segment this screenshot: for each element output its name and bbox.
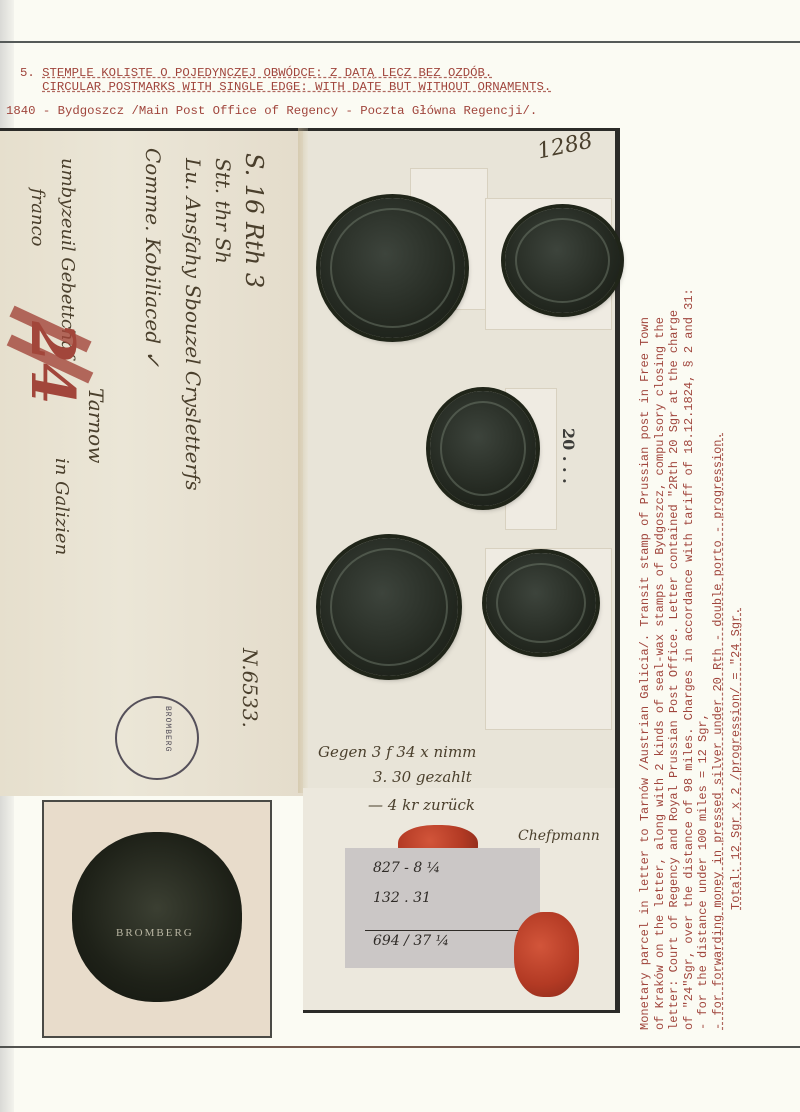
ledger-number: N.6533. bbox=[238, 648, 262, 728]
section-number: 5. bbox=[20, 66, 35, 80]
description-line: - for the distance under 100 miles = 12 … bbox=[696, 713, 710, 1030]
section-heading: 5. STEMPLE KOLISTE O POJEDYNCZEJ OBWÓDCE… bbox=[20, 66, 551, 94]
letter-fold bbox=[298, 128, 308, 793]
subtitle: 1840 - Bydgoszcz /Main Post Office of Re… bbox=[6, 104, 537, 118]
wax-seal-court bbox=[320, 538, 458, 676]
total-line: Total: 12 Sgr x 2 /progression/ = "24 Sg… bbox=[729, 70, 744, 1030]
note-line: — 4 kr zurück bbox=[368, 796, 475, 814]
handwriting-line: Comme. Kobiliaced ✓ bbox=[141, 148, 165, 367]
description-line: of "24"Sgr, over the distance of 98 mile… bbox=[682, 288, 696, 1030]
description-line: - for forwarding money in pressed silver… bbox=[711, 432, 725, 1030]
handwriting-line: Tarnow bbox=[84, 388, 108, 463]
title-english: CIRCULAR POSTMARKS WITH SINGLE EDGE: WIT… bbox=[42, 80, 551, 94]
description-line: Monetary parcel in letter to Tarnów /Aus… bbox=[638, 317, 652, 1030]
seal-detail-inset: BROMBERG bbox=[42, 800, 272, 1038]
title-polish: STEMPLE KOLISTE O POJEDYNCZEJ OBWÓDCE: Z… bbox=[42, 66, 492, 80]
handwriting-line: Stt. thr Sh bbox=[211, 158, 235, 264]
bottom-rule bbox=[0, 1046, 800, 1048]
handwriting-line: S. 16 Rth 3 bbox=[240, 153, 268, 288]
wax-seal-court bbox=[320, 198, 465, 338]
slip-line: 132 . 31 bbox=[373, 890, 431, 906]
description-line: of Kraków on the letter, along with 2 ki… bbox=[653, 317, 667, 1030]
note-line: 3. 30 gezahlt bbox=[373, 768, 472, 786]
slip-line: 827 - 8 ¼ bbox=[373, 860, 440, 876]
circular-postmark: BROMBERG bbox=[115, 696, 199, 780]
sum-rule bbox=[365, 930, 525, 931]
slip-line: 694 / 37 ¼ bbox=[373, 933, 449, 949]
handwriting-line: Lu. Ansfahy Sbouzel Crysletterfs bbox=[181, 158, 205, 491]
calculation-slip: 827 - 8 ¼ 132 . 31 694 / 37 ¼ bbox=[345, 848, 540, 968]
handwriting-line: in Galizien bbox=[51, 458, 72, 555]
note-line: Gegen 3 f 34 x nimm bbox=[318, 743, 476, 761]
description-line: letter: Court of Regency and Royal Pruss… bbox=[667, 310, 681, 1030]
description-block: Monetary parcel in letter to Tarnów /Aus… bbox=[638, 70, 744, 1030]
signature: Chefpmann bbox=[518, 828, 600, 844]
transit-mark: 20 . . . bbox=[559, 428, 578, 484]
handwriting-line: franco bbox=[27, 188, 48, 247]
wax-seal-post-office bbox=[505, 208, 620, 313]
red-wax-seal bbox=[514, 912, 579, 997]
postmark-text: BROMBERG bbox=[163, 706, 172, 752]
letter-cover: 1288 S. 16 Rth 3 Stt. thr Sh Lu. Ansfahy… bbox=[0, 128, 618, 788]
wax-seal-post-office bbox=[486, 553, 596, 653]
inset-seal-text: BROMBERG bbox=[116, 927, 194, 939]
enlarged-wax-seal bbox=[72, 832, 242, 1002]
top-rule bbox=[0, 41, 800, 43]
wax-seal-post-office bbox=[430, 391, 536, 506]
